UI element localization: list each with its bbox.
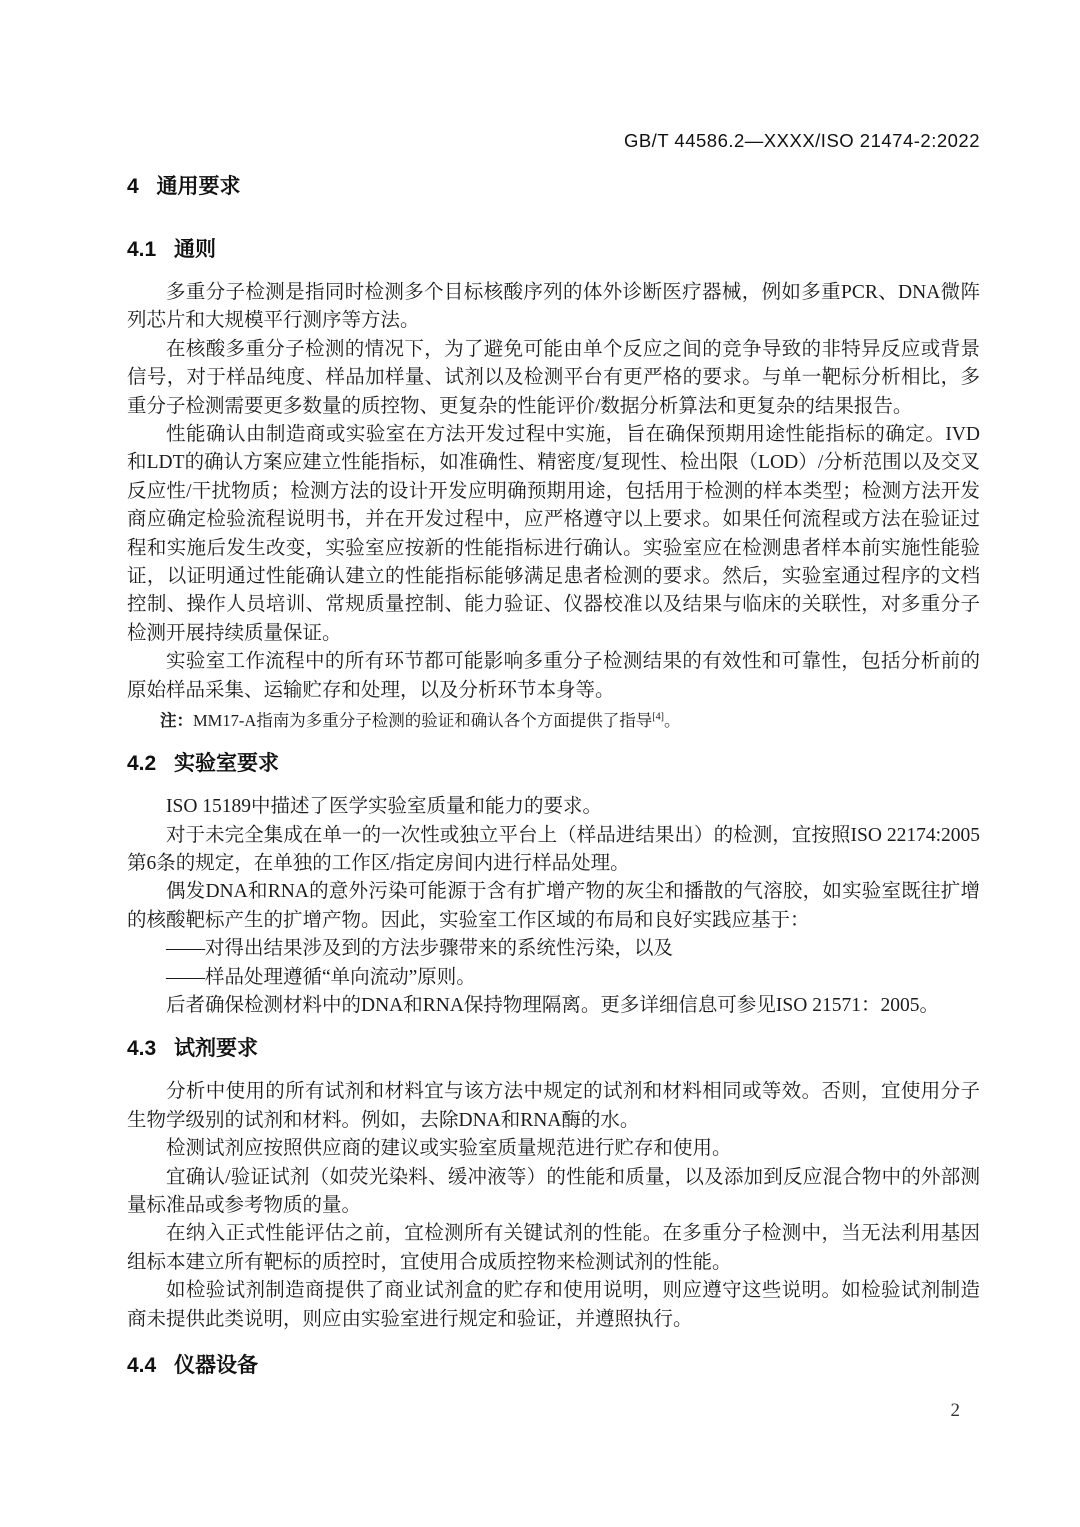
section-heading-4-4: 4.4仪器设备 <box>127 1353 980 1379</box>
note-label: 注： <box>160 712 193 730</box>
paragraph: 实验室工作流程中的所有环节都可能影响多重分子检测结果的有效性和可靠性，包括分析前… <box>127 648 980 705</box>
section-number: 4.1 <box>127 238 156 261</box>
section-heading-4-2: 4.2实验室要求 <box>127 751 980 777</box>
section-title: 试剂要求 <box>174 1037 258 1060</box>
section-title: 通用要求 <box>157 175 241 198</box>
section-title: 实验室要求 <box>174 752 279 775</box>
paragraph: ISO 15189中描述了医学实验室质量和能力的要求。 <box>127 793 980 821</box>
note-period: 。 <box>664 711 681 730</box>
section-number: 4.4 <box>127 1354 156 1377</box>
section-title: 通则 <box>174 238 216 261</box>
paragraph: 在纳入正式性能评估之前，宜检测所有关键试剂的性能。在多重分子检测中，当无法利用基… <box>127 1220 980 1277</box>
paragraph: 多重分子检测是指同时检测多个目标核酸序列的体外诊断医疗器械，例如多重PCR、DN… <box>127 279 980 336</box>
section-number: 4 <box>127 175 139 198</box>
page-number: 2 <box>951 1400 961 1422</box>
paragraph: 后者确保检测材料中的DNA和RNA保持物理隔离。更多详细信息可参见ISO 215… <box>127 992 980 1020</box>
paragraph: 检测试剂应按照供应商的建议或实验室质量规范进行贮存和使用。 <box>127 1135 980 1163</box>
section-4-3-body: 分析中使用的所有试剂和材料宜与该方法中规定的试剂和材料相同或等效。否则，宜使用分… <box>127 1078 980 1334</box>
page-content: GB/T 44586.2—XXXX/ISO 21474-2:2022 4通用要求… <box>127 130 980 1379</box>
section-number: 4.2 <box>127 752 156 775</box>
document-page: GB/T 44586.2—XXXX/ISO 21474-2:2022 4通用要求… <box>0 0 1080 1527</box>
section-4-2-body: ISO 15189中描述了医学实验室质量和能力的要求。 对于未完全集成在单一的一… <box>127 793 980 1020</box>
paragraph: 如检验试剂制造商提供了商业试剂盒的贮存和使用说明，则应遵守这些说明。如检验试剂制… <box>127 1277 980 1334</box>
paragraph: 偶发DNA和RNA的意外污染可能源于含有扩增产物的灰尘和播散的气溶胶，如实验室既… <box>127 878 980 935</box>
section-title: 仪器设备 <box>174 1354 258 1377</box>
dash-list-item: ——样品处理遵循“单向流动”原则。 <box>127 964 980 992</box>
paragraph: 分析中使用的所有试剂和材料宜与该方法中规定的试剂和材料相同或等效。否则，宜使用分… <box>127 1078 980 1135</box>
note-reference: [4] <box>652 712 664 723</box>
section-4-1-body: 多重分子检测是指同时检测多个目标核酸序列的体外诊断医疗器械，例如多重PCR、DN… <box>127 279 980 734</box>
section-heading-4-3: 4.3试剂要求 <box>127 1036 980 1062</box>
paragraph: 宜确认/验证试剂（如荧光染料、缓冲液等）的性能和质量，以及添加到反应混合物中的外… <box>127 1164 980 1221</box>
note: 注：MM17-A指南为多重分子检测的验证和确认各个方面提供了指导[4]。 <box>127 708 980 734</box>
section-heading-4: 4通用要求 <box>127 174 980 200</box>
paragraph: 对于未完全集成在单一的一次性或独立平台上（样品进结果出）的检测，宜按照ISO 2… <box>127 822 980 879</box>
section-number: 4.3 <box>127 1037 156 1060</box>
standard-number-header: GB/T 44586.2—XXXX/ISO 21474-2:2022 <box>127 130 980 153</box>
paragraph: 在核酸多重分子检测的情况下，为了避免可能由单个反应之间的竞争导致的非特异反应或背… <box>127 336 980 421</box>
note-text: MM17-A指南为多重分子检测的验证和确认各个方面提供了指导 <box>193 711 652 730</box>
dash-list-item: ——对得出结果涉及到的方法步骤带来的系统性污染，以及 <box>127 935 980 963</box>
section-heading-4-1: 4.1通则 <box>127 237 980 263</box>
paragraph: 性能确认由制造商或实验室在方法开发过程中实施，旨在确保预期用途性能指标的确定。I… <box>127 421 980 648</box>
